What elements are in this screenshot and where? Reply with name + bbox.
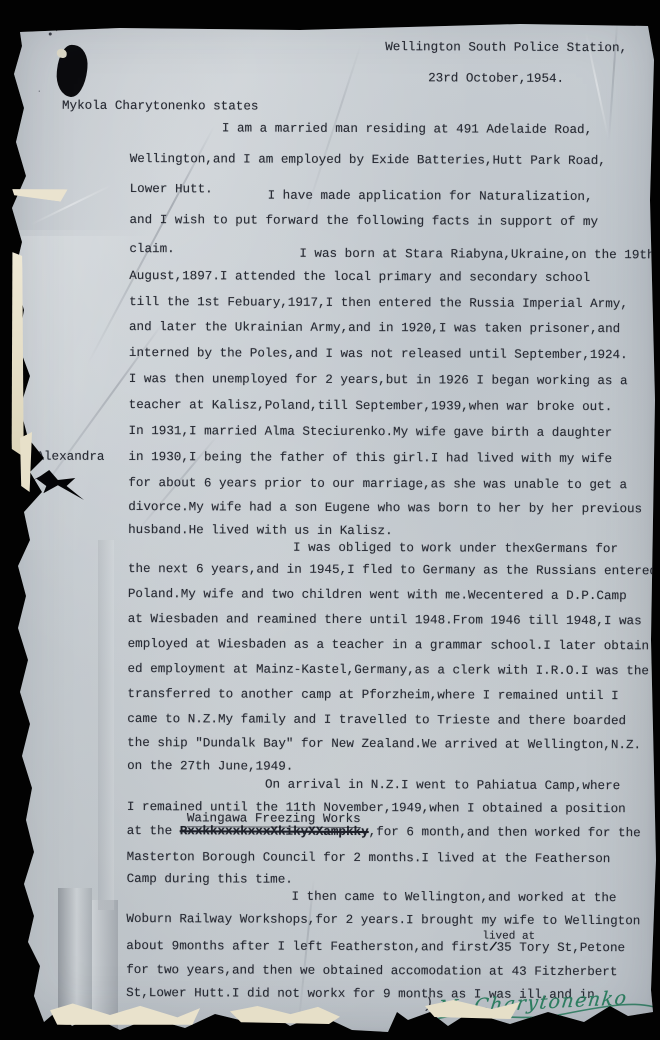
- scanned-document-photo: Wellington South Police Station,23rd Oct…: [0, 0, 660, 1040]
- paper-vignette: [0, 0, 660, 1040]
- document-paper: Wellington South Police Station,23rd Oct…: [0, 0, 660, 1040]
- torn-edge-sliver: [20, 432, 32, 492]
